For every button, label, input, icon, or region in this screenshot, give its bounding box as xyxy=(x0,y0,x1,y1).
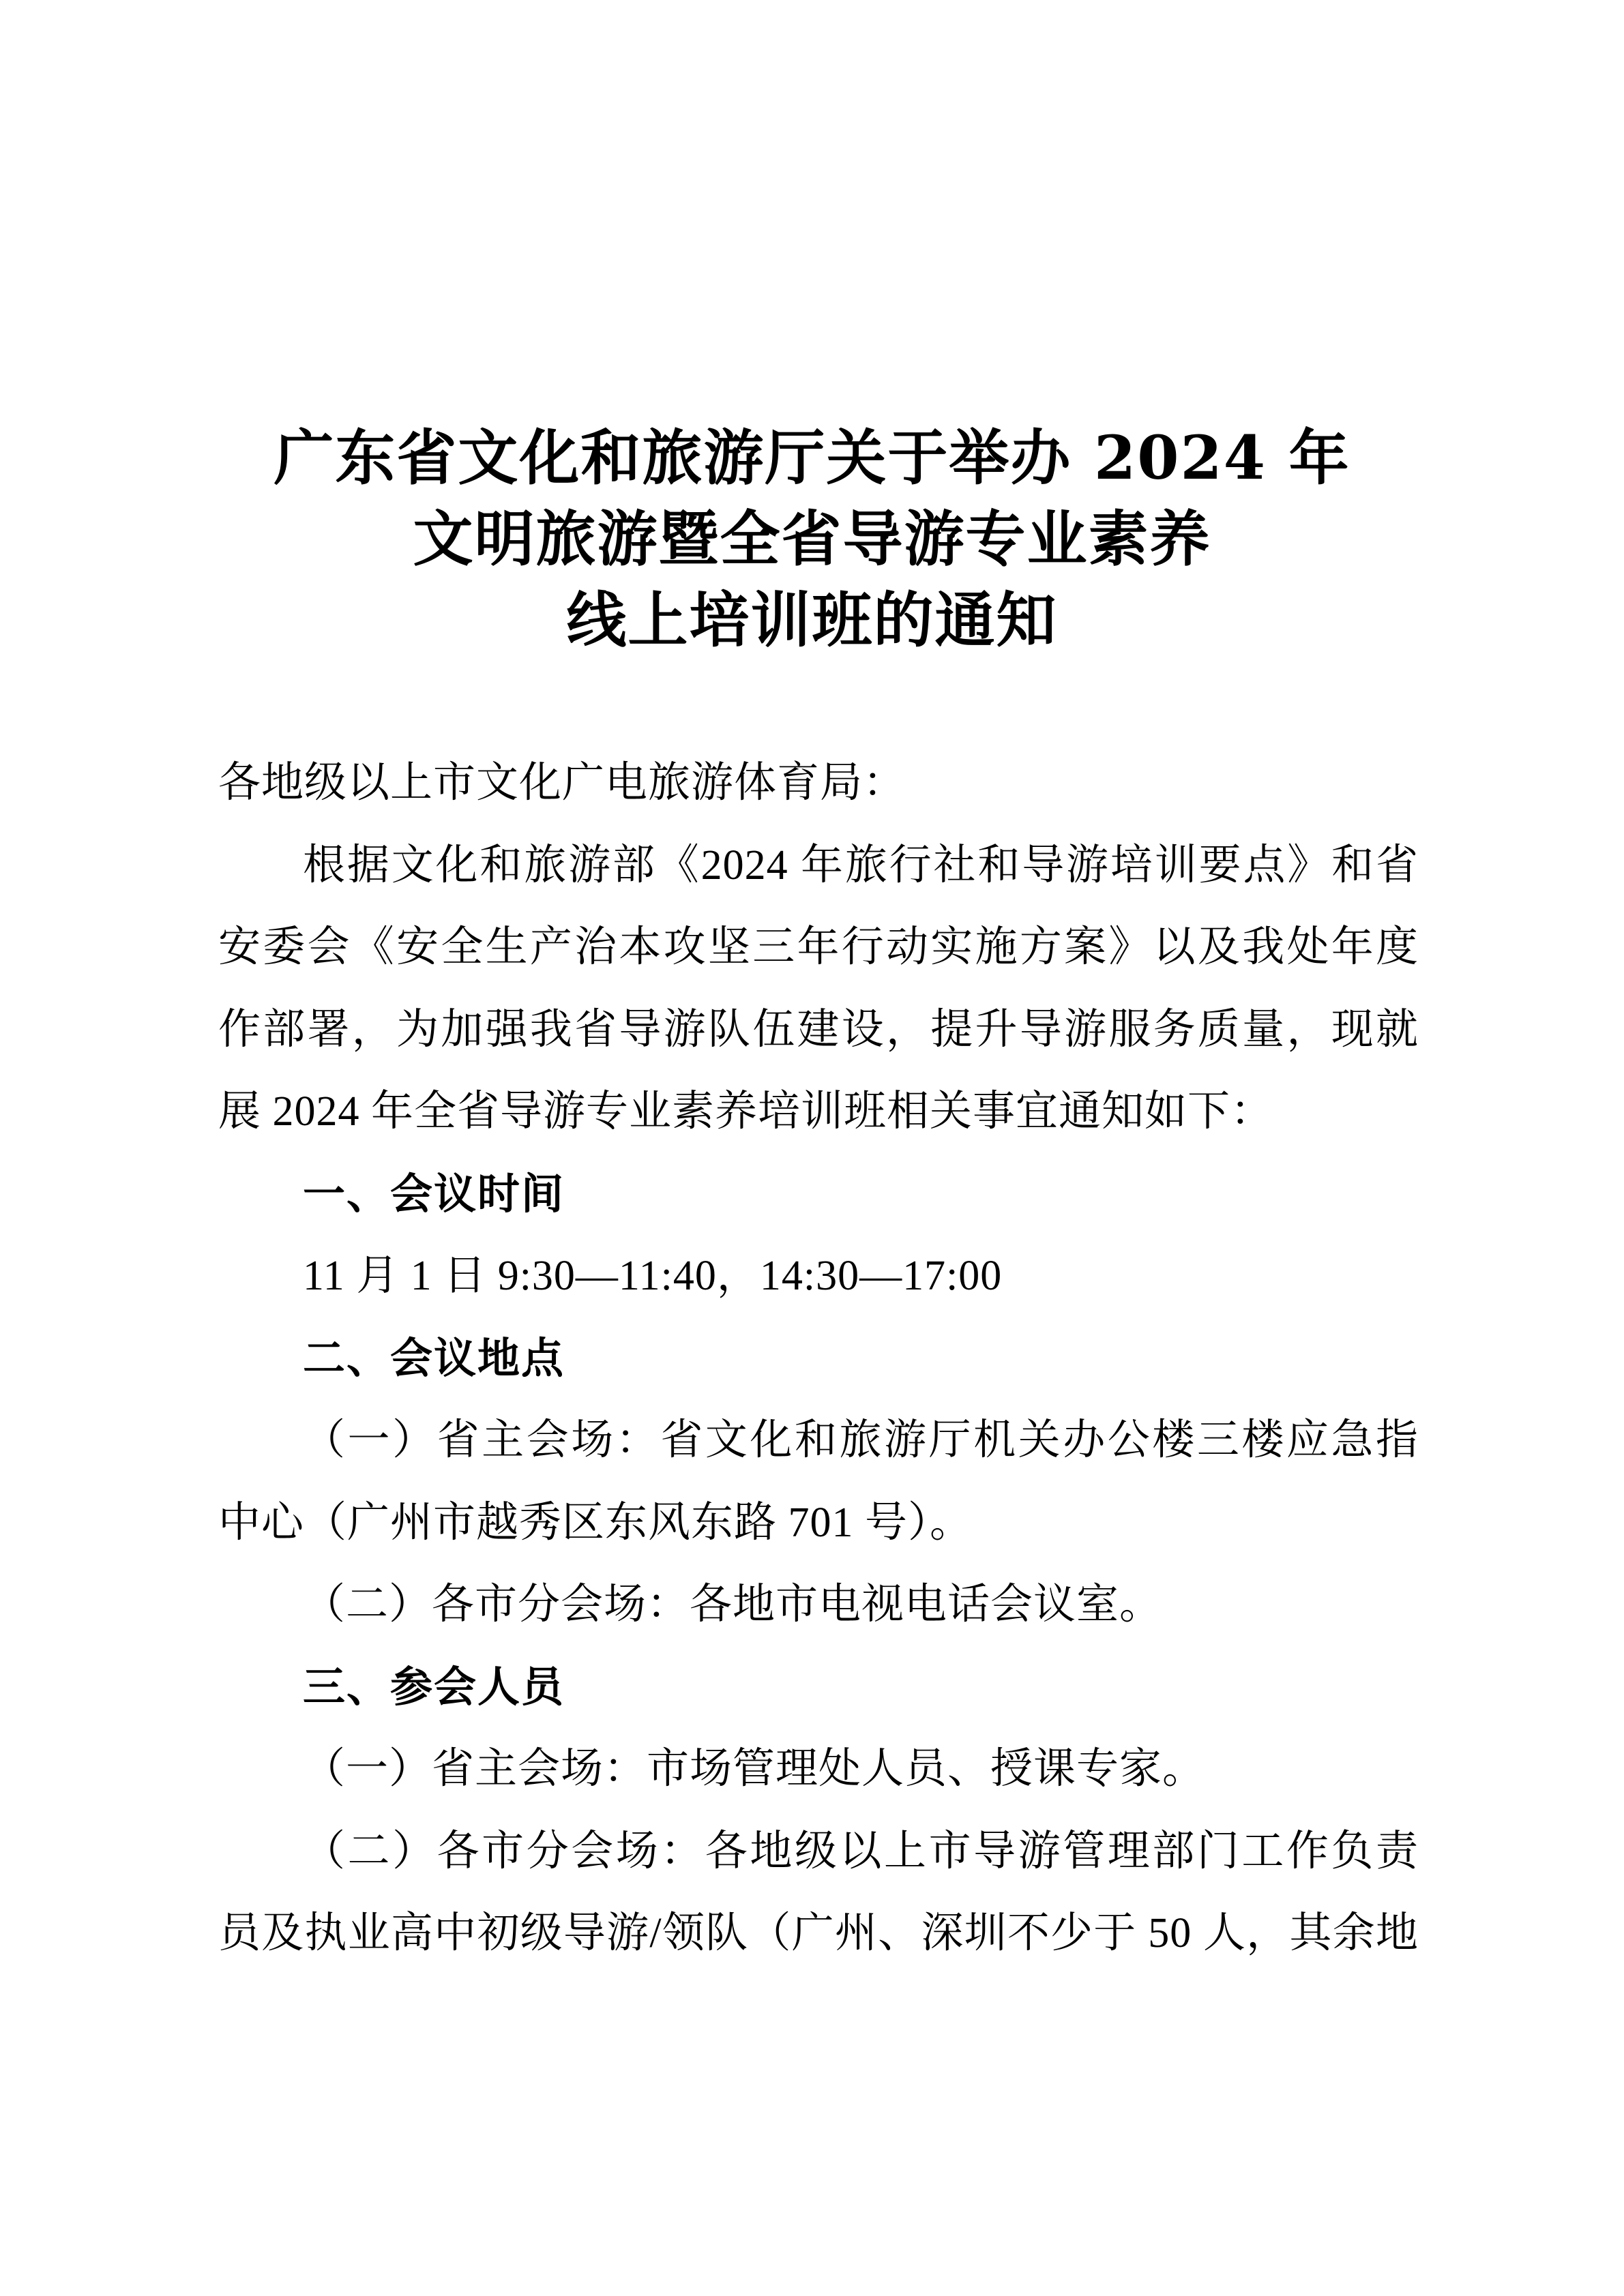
section-heading: 二、会议地点 xyxy=(218,1317,1419,1400)
body-line: 员及执业高中初级导游/领队（广州、深圳不少于 50 人，其余地 xyxy=(218,1892,1419,1975)
title-line: 广东省文化和旅游厅关于举办 2024 年 xyxy=(0,417,1624,498)
section-heading: 三、参会人员 xyxy=(218,1646,1419,1729)
document-body: 各地级以上市文化广电旅游体育局：根据文化和旅游部《2024 年旅行社和导游培训要… xyxy=(218,742,1419,1975)
body-line: 各地级以上市文化广电旅游体育局： xyxy=(218,742,1419,824)
title-line: 文明旅游暨全省导游专业素养 xyxy=(0,498,1624,580)
body-line: 根据文化和旅游部《2024 年旅行社和导游培训要点》和省 xyxy=(218,824,1419,907)
body-line: （一）省主会场：省文化和旅游厅机关办公楼三楼应急指挥 xyxy=(218,1399,1419,1482)
body-line: （二）各市分会场：各地市电视电话会议室。 xyxy=(218,1564,1419,1646)
document-page: 广东省文化和旅游厅关于举办 2024 年 文明旅游暨全省导游专业素养 线上培训班… xyxy=(0,0,1624,2296)
section-heading: 一、会议时间 xyxy=(218,1153,1419,1236)
body-line: 中心（广州市越秀区东风东路 701 号）。 xyxy=(218,1482,1419,1564)
title-line: 线上培训班的通知 xyxy=(0,580,1624,661)
body-line: （二）各市分会场：各地级以上市导游管理部门工作负责人 xyxy=(218,1810,1419,1893)
body-line: 安委会《安全生产治本攻坚三年行动实施方案》以及我处年度工 xyxy=(218,906,1419,989)
body-line: 作部署，为加强我省导游队伍建设，提升导游服务质量，现就开 xyxy=(218,989,1419,1071)
body-line: 11 月 1 日 9:30—11:40，14:30—17:00 xyxy=(218,1235,1419,1317)
body-line: （一）省主会场：市场管理处人员、授课专家。 xyxy=(218,1728,1419,1810)
document-title: 广东省文化和旅游厅关于举办 2024 年 文明旅游暨全省导游专业素养 线上培训班… xyxy=(0,417,1624,661)
body-line: 展 2024 年全省导游专业素养培训班相关事宜通知如下： xyxy=(218,1071,1419,1153)
